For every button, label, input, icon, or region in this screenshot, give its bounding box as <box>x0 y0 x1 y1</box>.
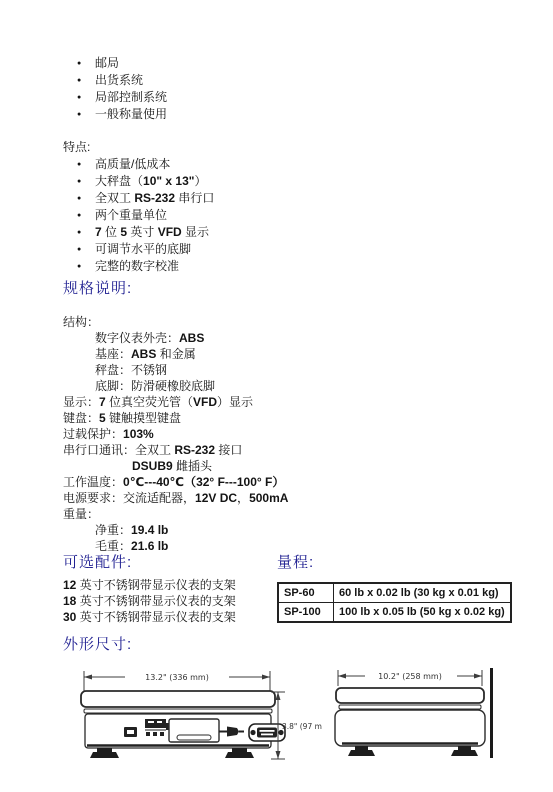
bullet-icon: ● <box>77 190 95 207</box>
spec-line: 电源要求：交流适配器，12V DC，500mA <box>63 490 288 506</box>
spec-line: 结构： <box>63 314 288 330</box>
bullet-icon: ● <box>77 72 95 89</box>
spec-line: 重量： <box>63 506 288 522</box>
bullet-icon: ● <box>77 224 95 241</box>
use-cases-list: ●邮局●出货系统●局部控制系统●一般称量使用 <box>77 55 167 123</box>
arrowhead-icon <box>338 674 346 679</box>
foot-icon <box>90 748 254 758</box>
bullet-text: 高质量/低成本 <box>95 156 170 173</box>
bullet-icon: ● <box>77 55 95 72</box>
dimensions-heading: 外形尺寸: <box>63 636 132 654</box>
bullet-text: 邮局 <box>95 55 119 72</box>
bullet-icon: ● <box>77 156 95 173</box>
scale-body <box>335 710 485 746</box>
spec-line: DSUB9 雌插头 <box>63 458 288 474</box>
spec-line: 串行口通讯：全双工 RS-232 接口 <box>63 442 288 458</box>
bullet-item: ●出货系统 <box>77 72 167 89</box>
bullet-text: 一般称量使用 <box>95 106 167 123</box>
side-width-label: 10.2" (258 mm) <box>378 672 442 681</box>
specs-heading: 规格说明: <box>63 280 132 298</box>
optional-heading: 可选配件: <box>63 554 236 572</box>
range-table: SP-6060 lb x 0.02 lb (30 kg x 0.01 kg)SP… <box>277 582 512 623</box>
bullet-text: 可调节水平的底脚 <box>95 241 191 258</box>
features-title: 特点: <box>63 139 214 156</box>
features-section: 特点: ●高质量/低成本●大秤盘（10" x 13"）●全双工 RS-232 串… <box>63 139 214 275</box>
range-row: SP-6060 lb x 0.02 lb (30 kg x 0.01 kg) <box>278 583 511 603</box>
serial-port-icon <box>249 724 285 741</box>
bullet-item: ●两个重量单位 <box>77 207 214 224</box>
spec-line: 秤盘：不锈钢 <box>63 362 288 378</box>
bullet-item: ●完整的数字校准 <box>77 258 214 275</box>
bullet-text: 完整的数字校准 <box>95 258 179 275</box>
datasheet-page: ●邮局●出货系统●局部控制系统●一般称量使用 特点: ●高质量/低成本●大秤盘（… <box>0 0 553 792</box>
bullet-item: ●全双工 RS-232 串行口 <box>77 190 214 207</box>
bullet-item: ●7 位 5 英寸 VFD 显示 <box>77 224 214 241</box>
bullet-item: ●邮局 <box>77 55 167 72</box>
range-section: 量程: SP-6060 lb x 0.02 lb (30 kg x 0.01 k… <box>277 554 512 623</box>
bullet-item: ●可调节水平的底脚 <box>77 241 214 258</box>
arrowhead-icon <box>474 674 482 679</box>
features-list: ●高质量/低成本●大秤盘（10" x 13"）●全双工 RS-232 串行口●两… <box>63 156 214 275</box>
front-height-label: 3.8" (97 mm) <box>282 722 322 731</box>
power-jack-icon <box>124 727 137 737</box>
bullet-item: ●一般称量使用 <box>77 106 167 123</box>
spec-line: 显示：7 位真空荧光管（VFD）显示 <box>63 394 288 410</box>
bullet-icon: ● <box>77 89 95 106</box>
arrowhead-icon <box>276 692 281 700</box>
range-heading: 量程: <box>277 554 512 572</box>
spec-line: 净重：19.4 lb <box>63 522 288 538</box>
platter-rim <box>84 709 272 713</box>
bullet-item: ●局部控制系统 <box>77 89 167 106</box>
spec-line: 基座：ABS 和金属 <box>63 346 288 362</box>
platter <box>81 691 275 707</box>
battery-cover-icon <box>166 719 219 742</box>
front-view-drawing: 13.2" (336 mm) <box>72 662 322 782</box>
optional-section: 可选配件: 12 英寸不锈钢带显示仪表的支架18 英寸不锈钢带显示仪表的支架30… <box>63 554 236 625</box>
bullet-icon: ● <box>77 258 95 275</box>
bullet-icon: ● <box>77 207 95 224</box>
bullet-text: 出货系统 <box>95 72 143 89</box>
spec-line: 过载保护：103% <box>63 426 288 442</box>
arrowhead-icon <box>84 675 92 680</box>
range-model: SP-100 <box>278 603 334 623</box>
arrowhead-icon <box>262 675 270 680</box>
range-capacity: 100 lb x 0.05 lb (50 kg x 0.02 kg) <box>334 603 512 623</box>
optional-list: 12 英寸不锈钢带显示仪表的支架18 英寸不锈钢带显示仪表的支架30 英寸不锈钢… <box>63 577 236 625</box>
optional-item: 18 英寸不锈钢带显示仪表的支架 <box>63 593 236 609</box>
label-sticker-icon <box>145 719 166 736</box>
range-capacity: 60 lb x 0.02 lb (30 kg x 0.01 kg) <box>334 583 512 603</box>
bullet-text: 局部控制系统 <box>95 89 167 106</box>
bullet-item: ●大秤盘（10" x 13"） <box>77 173 214 190</box>
bullet-icon: ● <box>77 106 95 123</box>
front-width-label: 13.2" (336 mm) <box>145 673 209 682</box>
range-table-body: SP-6060 lb x 0.02 lb (30 kg x 0.01 kg)SP… <box>278 583 511 622</box>
spec-line: 毛重：21.6 lb <box>63 538 288 554</box>
page-edge-line <box>490 668 493 758</box>
range-model: SP-60 <box>278 583 334 603</box>
bullet-text: 大秤盘（10" x 13"） <box>95 173 206 190</box>
spec-line: 键盘：5 键触摸型键盘 <box>63 410 288 426</box>
spec-line: 底脚：防滑硬橡胶底脚 <box>63 378 288 394</box>
range-row: SP-100100 lb x 0.05 lb (50 kg x 0.02 kg) <box>278 603 511 623</box>
foot-icon <box>348 746 478 756</box>
bullet-item: ●高质量/低成本 <box>77 156 214 173</box>
arrowhead-icon <box>276 751 281 759</box>
optional-item: 30 英寸不锈钢带显示仪表的支架 <box>63 609 236 625</box>
bullet-icon: ● <box>77 173 95 190</box>
platter-rim <box>339 705 481 709</box>
spec-line: 数字仪表外壳：ABS <box>63 330 288 346</box>
optional-item: 12 英寸不锈钢带显示仪表的支架 <box>63 577 236 593</box>
bullet-icon: ● <box>77 241 95 258</box>
side-view-drawing: 10.2" (258 mm) <box>330 664 490 764</box>
spec-line: 工作温度：0℃---40℃（32° F---100° F） <box>63 474 288 490</box>
bullet-text: 两个重量单位 <box>95 207 167 224</box>
bullet-text: 7 位 5 英寸 VFD 显示 <box>95 224 209 241</box>
bullet-text: 全双工 RS-232 串行口 <box>95 190 214 207</box>
specs-list: 结构：数字仪表外壳：ABS基座：ABS 和金属秤盘：不锈钢底脚：防滑硬橡胶底脚显… <box>63 314 288 554</box>
platter <box>336 688 484 703</box>
